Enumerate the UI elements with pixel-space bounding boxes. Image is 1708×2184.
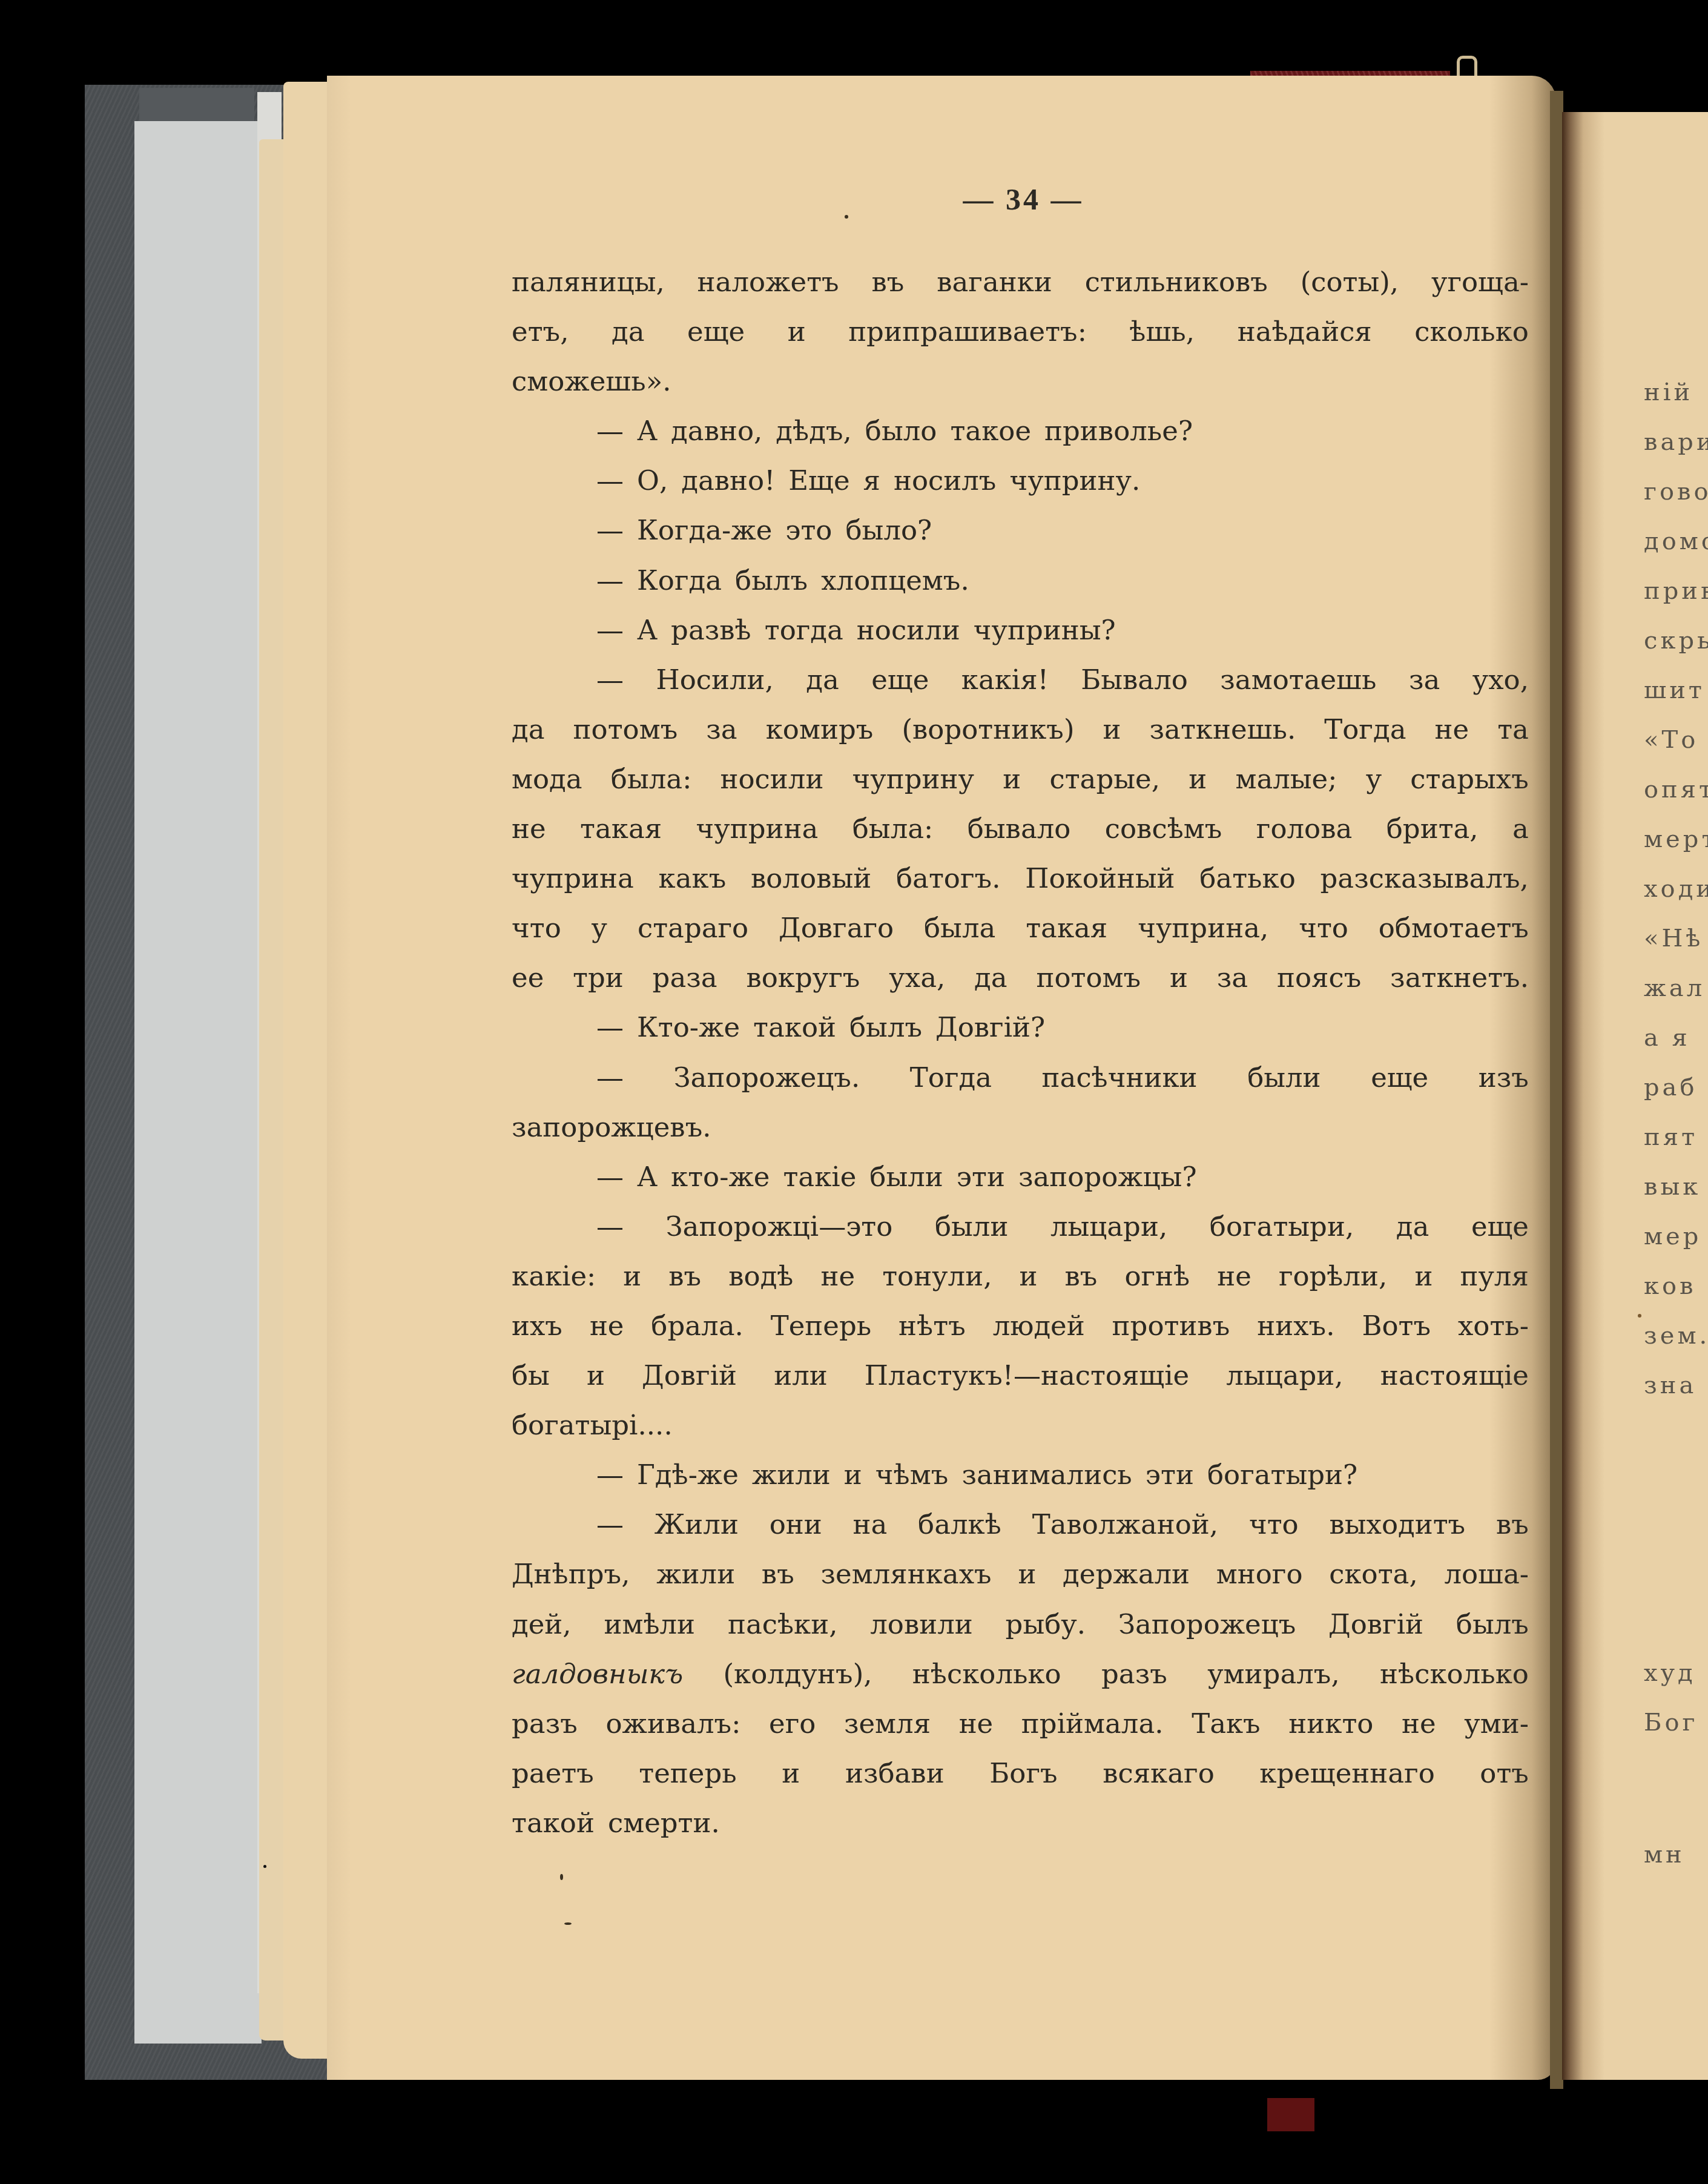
word: хоть- — [1458, 1301, 1529, 1351]
word: Жили — [655, 1500, 739, 1549]
word: голова — [1256, 804, 1353, 854]
word: наложетъ — [697, 257, 839, 307]
word: — — [596, 1053, 624, 1103]
word: А — [637, 406, 658, 456]
word: обмотаетъ — [1379, 903, 1529, 953]
text-line: еетриразавокругъуха,дапотомъизапоясъзатк… — [512, 953, 1529, 1003]
word: въ — [668, 1252, 701, 1301]
word: въ — [871, 257, 904, 307]
word: чуприну — [852, 754, 975, 804]
word: раетъ — [512, 1749, 594, 1798]
right-page-fragment: жал — [1644, 974, 1705, 1002]
word: людей — [993, 1301, 1085, 1351]
word: Запорожці—это — [666, 1202, 893, 1252]
word: Вотъ — [1362, 1301, 1431, 1351]
text-line: сможешь». — [512, 357, 1529, 406]
right-page-fragment: шит — [1644, 676, 1705, 704]
paper-speck — [263, 1865, 266, 1868]
word: разъ — [512, 1699, 578, 1749]
word: хлопцемъ. — [821, 556, 969, 605]
text-line: —ЖилионинабалкѣТаволжаной,чтовыходитъвъ — [512, 1500, 1529, 1549]
word: еще — [687, 307, 745, 357]
paper-speck — [564, 1922, 572, 1925]
word: старые, — [1050, 754, 1160, 804]
text-line: такойсмерти. — [512, 1798, 1529, 1848]
word: А — [637, 605, 658, 655]
right-page-fragment: вари — [1644, 428, 1708, 456]
word: оживалъ: — [605, 1699, 740, 1749]
word: такая — [1026, 903, 1107, 953]
right-page-fragment: вык — [1644, 1173, 1701, 1201]
word: брала. — [651, 1301, 743, 1351]
word: настоящіе — [1380, 1351, 1529, 1400]
word: Довгій — [1328, 1600, 1423, 1649]
word: Тогда — [1324, 705, 1406, 754]
word: развѣ — [671, 605, 751, 655]
right-page-fragment: скры — [1644, 627, 1708, 655]
word: раза — [653, 953, 717, 1003]
word: было — [865, 406, 937, 456]
word: — — [596, 1500, 624, 1549]
word: еще — [1471, 1202, 1529, 1252]
word: дѣдъ, — [776, 406, 852, 456]
word: малые; — [1235, 754, 1337, 804]
word: и — [623, 1252, 641, 1301]
word: лыцари, — [1226, 1351, 1343, 1400]
word: какъ — [659, 854, 727, 903]
right-page-fragment: раб — [1644, 1074, 1698, 1101]
word: чуприна — [696, 804, 819, 854]
text-line: —Гдѣ-жежилиичѣмъзанималисьэтибогатыри? — [512, 1450, 1529, 1500]
word: ихъ — [512, 1301, 562, 1351]
word: нѣсколько — [912, 1649, 1061, 1699]
word: давно! — [681, 456, 775, 506]
word: — — [596, 1003, 624, 1052]
word: рыбу. — [1006, 1600, 1086, 1649]
word: горѣли, — [1279, 1252, 1388, 1301]
right-page-fragment: зна — [1644, 1371, 1696, 1399]
word: совсѣмъ — [1105, 804, 1222, 854]
word: Днѣпръ, — [512, 1549, 630, 1599]
word: или — [774, 1351, 828, 1400]
paper-speck — [845, 215, 848, 219]
paper-speck — [1638, 1314, 1641, 1318]
word: такой — [512, 1798, 595, 1848]
word: (соты), — [1301, 257, 1399, 307]
text-line: —О,давно!Ещеяносилъчуприну. — [512, 456, 1529, 506]
word: та — [1497, 705, 1529, 754]
word: и — [1103, 705, 1121, 754]
text-line: чтоустарагоДовгагобылатакаячуприна,чтооб… — [512, 903, 1529, 953]
word: никто — [1288, 1699, 1373, 1749]
word: они — [770, 1500, 822, 1549]
word: что — [1299, 903, 1348, 953]
word: галдовныкъ — [512, 1649, 683, 1699]
word: была — [924, 903, 995, 953]
word: нѣтъ — [899, 1301, 966, 1351]
word: были — [935, 1202, 1009, 1252]
word: етъ, — [512, 307, 569, 357]
word: вокругъ — [746, 953, 860, 1003]
word: нихъ. — [1257, 1301, 1334, 1351]
word: у — [1366, 754, 1382, 804]
word: теперь — [639, 1749, 736, 1798]
word: сколько — [1414, 307, 1529, 357]
word: А — [637, 1152, 658, 1202]
word: не — [959, 1699, 994, 1749]
word: Бывало — [1081, 655, 1188, 705]
word: Когда-же — [637, 506, 772, 555]
text-line: —Кто-жетакойбылъДовгій? — [512, 1003, 1529, 1052]
word: эти — [957, 1152, 1005, 1202]
right-page-fragment: худ — [1644, 1659, 1696, 1687]
word: да — [806, 655, 839, 705]
text-line: быиДовгійилиПластукъ!—настоящіелыцари,на… — [512, 1351, 1529, 1400]
word: много — [1216, 1549, 1303, 1599]
word: не — [1402, 1699, 1436, 1749]
right-page-fragment: пят — [1644, 1123, 1698, 1151]
word: не — [1217, 1252, 1251, 1301]
text-line: нетакаячупринабыла:бывалосовсѣмъголовабр… — [512, 804, 1529, 854]
text-line: дей,имѣлипасѣки,ловилирыбу.ЗапорожецъДов… — [512, 1600, 1529, 1649]
word: всякаго — [1103, 1749, 1215, 1798]
word: земля — [844, 1699, 931, 1749]
word: въ — [1496, 1500, 1529, 1549]
word: О, — [637, 456, 668, 506]
word: Когда — [637, 556, 722, 605]
word: за — [706, 705, 737, 754]
word: были — [1247, 1053, 1321, 1103]
text-line: ихънебрала.Теперьнѣтълюдейпротивънихъ.Во… — [512, 1301, 1529, 1351]
word: такое — [950, 406, 1031, 456]
word: пріймала. — [1021, 1699, 1164, 1749]
word: — — [596, 1152, 624, 1202]
word: давно, — [671, 406, 762, 456]
text-line: —Акто-жетакіебылиэтизапорожцы? — [512, 1152, 1529, 1202]
word: скота, — [1329, 1549, 1417, 1599]
word: разъ — [1101, 1649, 1167, 1699]
word: его — [769, 1699, 816, 1749]
word: поясъ — [1277, 953, 1361, 1003]
word: была: — [852, 804, 933, 854]
word: а — [1512, 804, 1529, 854]
word: чуприну. — [1009, 456, 1140, 506]
word: припрашиваетъ: — [848, 307, 1087, 357]
word: заткнешь. — [1150, 705, 1296, 754]
right-page-fragment: Бог — [1644, 1709, 1698, 1737]
word: не — [590, 1301, 624, 1351]
word: и — [844, 1450, 862, 1500]
word: батько — [1199, 854, 1296, 903]
word: пасѣки, — [728, 1600, 838, 1649]
text-line: богатырі.... — [512, 1400, 1529, 1450]
word: и — [587, 1351, 605, 1400]
word: чуприны? — [974, 605, 1116, 655]
right-page-fragment: ходи — [1644, 875, 1708, 903]
word: носили — [857, 605, 960, 655]
word: — — [596, 1450, 624, 1500]
word: Богъ — [989, 1749, 1057, 1798]
word: ѣшь, — [1129, 307, 1195, 357]
word: батогъ. — [896, 854, 1000, 903]
word: (колдунъ), — [724, 1649, 872, 1699]
word: Покойный — [1025, 854, 1175, 903]
word: крещеннаго — [1259, 1749, 1435, 1798]
word: да — [512, 705, 545, 754]
right-page-fragment: прив — [1644, 577, 1708, 605]
word: и — [1189, 754, 1207, 804]
word: Тогда — [910, 1053, 992, 1103]
text-line: —Запорожці—этобылилыцари,богатыри,даеще — [512, 1202, 1529, 1252]
word: — — [596, 556, 624, 605]
right-page-fragment: зем. — [1644, 1322, 1708, 1350]
right-page-fragment: мерт — [1644, 825, 1708, 853]
word: была: — [611, 754, 691, 804]
text-line: какіе:ивъводѣнетонули,ивъогнѣнегорѣли,ип… — [512, 1252, 1529, 1301]
word: и — [1003, 754, 1021, 804]
word: замотаешь — [1220, 655, 1376, 705]
word: за — [1217, 953, 1248, 1003]
text-line: Днѣпръ,жиливъземлянкахъидержалимногоскот… — [512, 1549, 1529, 1599]
word: стараго — [638, 903, 748, 953]
word: Довгій? — [935, 1003, 1045, 1052]
text-line: —Носили,даещекакія!Бывалозамотаешьзаухо, — [512, 655, 1529, 705]
word: — — [596, 1202, 624, 1252]
word: ухо, — [1472, 655, 1529, 705]
word: носилъ — [894, 456, 997, 506]
word: (воротникъ) — [902, 705, 1074, 754]
word: — — [596, 456, 624, 506]
word: и — [1019, 1252, 1037, 1301]
text-line: —Адавно,дѣдъ,былотакоеприволье? — [512, 406, 1529, 456]
word: было? — [845, 506, 932, 555]
word: такая — [580, 804, 662, 854]
word: — — [596, 406, 624, 456]
word: что — [512, 903, 561, 953]
right-page-fragment: говор — [1644, 478, 1708, 506]
word: это — [785, 506, 832, 555]
word: уми- — [1464, 1699, 1529, 1749]
word: дей, — [512, 1600, 572, 1649]
text-line: чупринакакъволовыйбатогъ.Покойныйбатькор… — [512, 854, 1529, 903]
word: не — [512, 804, 546, 854]
word: заткнетъ. — [1390, 953, 1529, 1003]
text-line: дапотомъзакомиръ(воротникъ)изаткнешь.Тог… — [512, 705, 1529, 754]
word: балкѣ — [918, 1500, 1001, 1549]
word: занимались — [961, 1450, 1132, 1500]
spine-red-bottom — [1267, 2098, 1314, 2131]
word: — — [596, 655, 624, 705]
word: да — [974, 953, 1007, 1003]
word: да — [612, 307, 645, 357]
word: и — [1170, 953, 1188, 1003]
word: бы — [512, 1351, 550, 1400]
right-page-fragment: ній — [1644, 378, 1693, 406]
right-page-fragment: домо — [1644, 527, 1708, 555]
word: пуля — [1460, 1252, 1528, 1301]
word: разсказывалъ, — [1321, 854, 1529, 903]
page-stack-edge-inner — [283, 82, 332, 2059]
word: носили — [720, 754, 824, 804]
text-line: —Когда-жеэтобыло? — [512, 506, 1529, 555]
page-number: — 34 — — [932, 182, 1114, 217]
word: не — [1435, 705, 1469, 754]
word: богатыри? — [1207, 1450, 1357, 1500]
word: за — [1409, 655, 1440, 705]
word: нѣсколько — [1380, 1649, 1529, 1699]
word: стильниковъ — [1085, 257, 1268, 307]
word: были — [869, 1152, 943, 1202]
word: ловили — [870, 1600, 973, 1649]
word: противъ — [1112, 1301, 1230, 1351]
right-page-fragment: «То — [1644, 726, 1698, 754]
word: уха, — [889, 953, 945, 1003]
word: не — [821, 1252, 856, 1301]
word: запорожцевъ. — [512, 1103, 711, 1152]
word: огнѣ — [1124, 1252, 1190, 1301]
word: и — [788, 307, 806, 357]
word: тогда — [765, 605, 843, 655]
right-page-fragment: мер — [1644, 1222, 1701, 1250]
word: старыхъ — [1410, 754, 1529, 804]
text-line: модабыла:носиличупринуистарые,ималые;уст… — [512, 754, 1529, 804]
text-line: паляницы,наложетъвъваганкистильниковъ(со… — [512, 257, 1529, 307]
word: да — [1396, 1202, 1429, 1252]
word: Еще — [788, 456, 849, 506]
word: — — [596, 506, 624, 555]
word: и — [782, 1749, 800, 1798]
word: водѣ — [728, 1252, 793, 1301]
flyleaf — [134, 121, 262, 2044]
word: держали — [1063, 1549, 1190, 1599]
word: изъ — [1479, 1053, 1529, 1103]
word: имѣли — [604, 1600, 695, 1649]
word: чуприна, — [1138, 903, 1268, 953]
word: такой — [753, 1003, 836, 1052]
right-page-fragment: «Нѣ — [1644, 925, 1703, 952]
word: Довгаго — [779, 903, 894, 953]
word: и — [1414, 1252, 1433, 1301]
word: Таволжаной, — [1032, 1500, 1218, 1549]
word: я — [863, 456, 880, 506]
word: у — [592, 903, 607, 953]
cover-corner-fold — [139, 88, 254, 121]
word: ваганки — [937, 257, 1052, 307]
word: еще — [871, 655, 929, 705]
text-line: етъ,даещеиприпрашиваетъ:ѣшь,наѣдайсяскол… — [512, 307, 1529, 357]
word: избави — [845, 1749, 945, 1798]
word: выходитъ — [1329, 1500, 1465, 1549]
word: отъ — [1480, 1749, 1529, 1798]
word: какія! — [961, 655, 1049, 705]
word: лоша- — [1444, 1549, 1529, 1599]
word: потомъ — [573, 705, 678, 754]
text-line: галдовныкъ(колдунъ),нѣсколькоразъумиралъ… — [512, 1649, 1529, 1699]
word: такіе — [783, 1152, 856, 1202]
word: въ — [762, 1549, 794, 1599]
word: еще — [1371, 1053, 1428, 1103]
word: богатырі.... — [512, 1400, 673, 1450]
text-line: —Запорожецъ.Тогдапасѣчникибылиещеизъ — [512, 1053, 1529, 1103]
word: Запорожецъ — [1118, 1600, 1296, 1649]
word: комиръ — [766, 705, 874, 754]
word: паляницы, — [512, 257, 665, 307]
word: угоща- — [1431, 257, 1529, 307]
word: былъ — [1456, 1600, 1529, 1649]
word: Носили, — [656, 655, 773, 705]
text-line: раетътеперьиизбавиБогъвсякагокрещеннагоо… — [512, 1749, 1529, 1798]
word: потомъ — [1036, 953, 1141, 1003]
word: три — [573, 953, 624, 1003]
word: жили — [752, 1450, 831, 1500]
paper-speck — [560, 1874, 563, 1880]
word: сможешь». — [512, 357, 671, 406]
word: приволье? — [1044, 406, 1193, 456]
word: Довгій — [642, 1351, 737, 1400]
word: мода — [512, 754, 582, 804]
word: смерти. — [608, 1798, 720, 1848]
right-page-fragment: а я — [1644, 1024, 1690, 1052]
word: пасѣчники — [1042, 1053, 1198, 1103]
word: чѣмъ — [875, 1450, 949, 1500]
word: бывало — [968, 804, 1071, 854]
right-page-fragment: опят — [1644, 776, 1708, 803]
text-line: —Аразвѣтогданосиличуприны? — [512, 605, 1529, 655]
word: и — [1018, 1549, 1036, 1599]
word: ее — [512, 953, 544, 1003]
body-text: паляницы,наложетъвъваганкистильниковъ(со… — [512, 257, 1529, 1848]
word: землянкахъ — [821, 1549, 992, 1599]
word: Пластукъ!—настоящіе — [865, 1351, 1189, 1400]
word: жили — [656, 1549, 735, 1599]
word: богатыри, — [1210, 1202, 1354, 1252]
word: лыцари, — [1050, 1202, 1167, 1252]
book-gutter — [1550, 91, 1563, 2089]
word: чуприна — [512, 854, 634, 903]
word: запорожцы? — [1018, 1152, 1197, 1202]
word: тонули, — [882, 1252, 992, 1301]
word: что — [1249, 1500, 1299, 1549]
word: брита, — [1387, 804, 1479, 854]
word: на — [853, 1500, 888, 1549]
word: въ — [1064, 1252, 1097, 1301]
word: былъ — [735, 556, 808, 605]
word: какіе: — [512, 1252, 596, 1301]
word: Кто-же — [637, 1003, 740, 1052]
word: Теперь — [771, 1301, 872, 1351]
word: — — [596, 605, 624, 655]
word: умиралъ, — [1207, 1649, 1340, 1699]
text-line: —Когдабылъхлопцемъ. — [512, 556, 1529, 605]
right-page-fragment: мн — [1644, 1841, 1685, 1869]
word: былъ — [849, 1003, 922, 1052]
word: наѣдайся — [1238, 307, 1372, 357]
word: воловый — [751, 854, 871, 903]
word: Гдѣ-же — [637, 1450, 739, 1500]
right-page-fragment: ков — [1644, 1272, 1696, 1300]
text-line: разъоживалъ:егоземлянепріймала.Такъникто… — [512, 1699, 1529, 1749]
word: Запорожецъ. — [674, 1053, 860, 1103]
word: Такъ — [1192, 1699, 1261, 1749]
word: эти — [1146, 1450, 1194, 1500]
text-line: запорожцевъ. — [512, 1103, 1529, 1152]
word: кто-же — [671, 1152, 770, 1202]
